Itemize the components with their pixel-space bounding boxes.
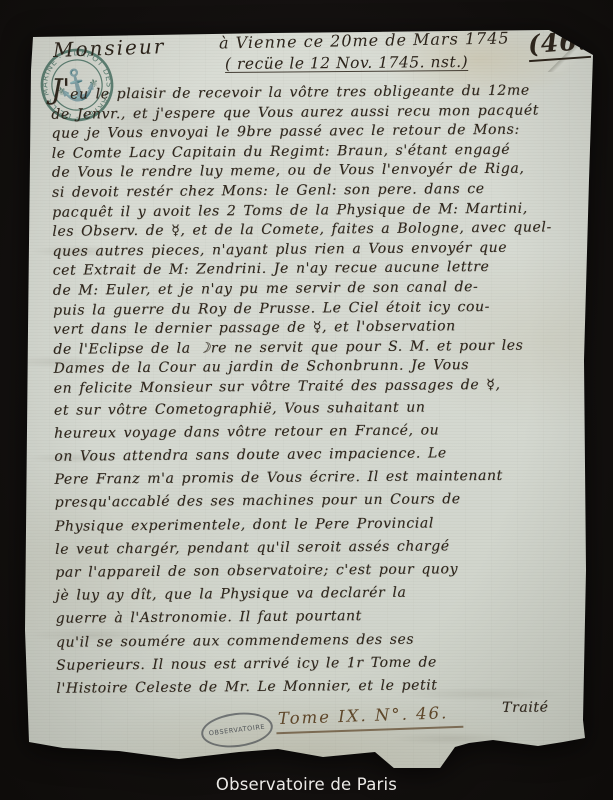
paper-shadow-wrap: DEPOT DES CARTES · DE LA MARINE · ⚓ ⚜ ⚜ …	[23, 30, 593, 768]
folio-number: (46.	[527, 26, 591, 62]
letter-body: J'eu le plaisir de recevoir la vôtre tre…	[23, 73, 599, 724]
received-note: ( recüe le 12 Nov. 1745. nst.)	[225, 53, 468, 73]
salutation: Monsieur	[53, 34, 166, 62]
letter-header: Monsieur à Vienne ce 20me de Mars 1745 (…	[23, 30, 593, 78]
dateline: à Vienne ce 20me de Mars 1745	[219, 28, 510, 52]
oval-stamp-text: OBSERVATOIRE	[208, 723, 265, 738]
letter-page: DEPOT DES CARTES · DE LA MARINE · ⚓ ⚜ ⚜ …	[23, 30, 593, 768]
archive-reference: Tome IX. N°. 46.	[276, 703, 463, 734]
manuscript-photo: DEPOT DES CARTES · DE LA MARINE · ⚓ ⚜ ⚜ …	[0, 0, 613, 800]
institution-caption: Observatoire de Paris	[0, 775, 613, 794]
letter-line: J'eu le plaisir de recevoir la vôtre tre…	[51, 75, 579, 105]
